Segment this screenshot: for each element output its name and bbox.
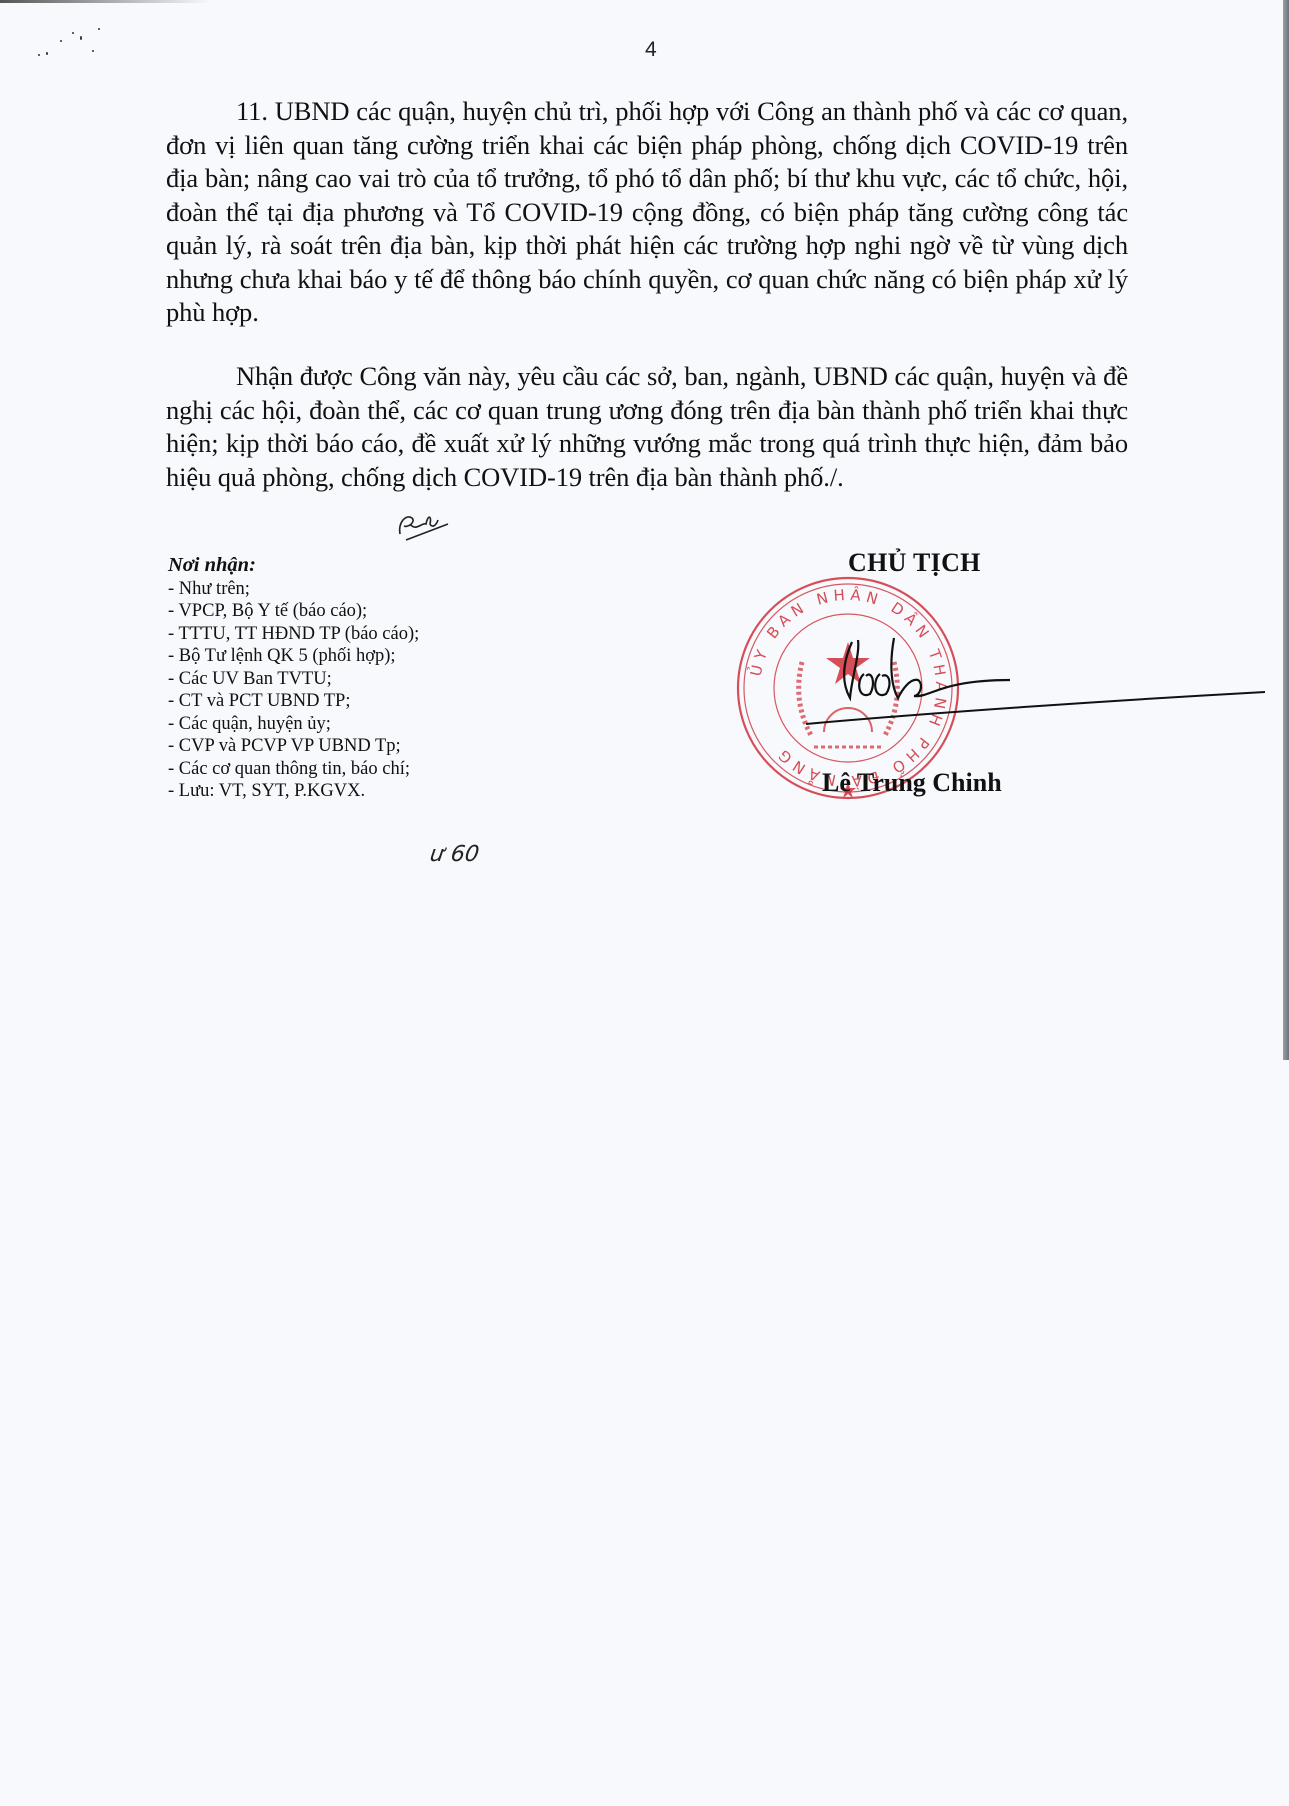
signer-title: CHỦ TỊCH xyxy=(848,548,981,578)
handwritten-initials xyxy=(392,504,452,544)
signer-name: Lê Trung Chinh xyxy=(822,768,1002,798)
recipients-title: Nơi nhận: xyxy=(168,554,419,577)
page-number: 4 xyxy=(645,38,657,62)
paragraph-item-11: 11. UBND các quận, huyện chủ trì, phối h… xyxy=(166,95,1128,330)
scan-right-edge xyxy=(1283,0,1289,1060)
handwritten-signature xyxy=(740,620,1270,750)
recipient-item: - CT và PCT UBND TP; xyxy=(168,690,419,713)
recipient-item: - Bộ Tư lệnh QK 5 (phối hợp); xyxy=(168,645,419,668)
recipient-item: - CVP và PCVP VP UBND Tp; xyxy=(168,735,419,758)
scan-edge-shadow xyxy=(0,0,210,3)
recipient-item: - Các quận, huyện ủy; xyxy=(168,713,419,736)
paragraph-text: Nhận được Công văn này, yêu cầu các sở, … xyxy=(166,360,1128,494)
handwritten-note: ư 60 xyxy=(428,842,480,867)
recipient-item: - Các UV Ban TVTU; xyxy=(168,668,419,691)
recipient-item: - TTTU, TT HĐND TP (báo cáo); xyxy=(168,623,419,646)
recipient-item: - VPCP, Bộ Y tế (báo cáo); xyxy=(168,600,419,623)
recipient-item: - Lưu: VT, SYT, P.KGVX. xyxy=(168,780,419,803)
paragraph-text: 11. UBND các quận, huyện chủ trì, phối h… xyxy=(166,95,1128,330)
recipient-item: - Như trên; xyxy=(168,578,419,601)
recipients-list: Nơi nhận: - Như trên; - VPCP, Bộ Y tế (b… xyxy=(168,554,419,803)
closing-paragraph: Nhận được Công văn này, yêu cầu các sở, … xyxy=(166,360,1128,494)
scan-specks xyxy=(30,28,150,88)
recipient-item: - Các cơ quan thông tin, báo chí; xyxy=(168,758,419,781)
